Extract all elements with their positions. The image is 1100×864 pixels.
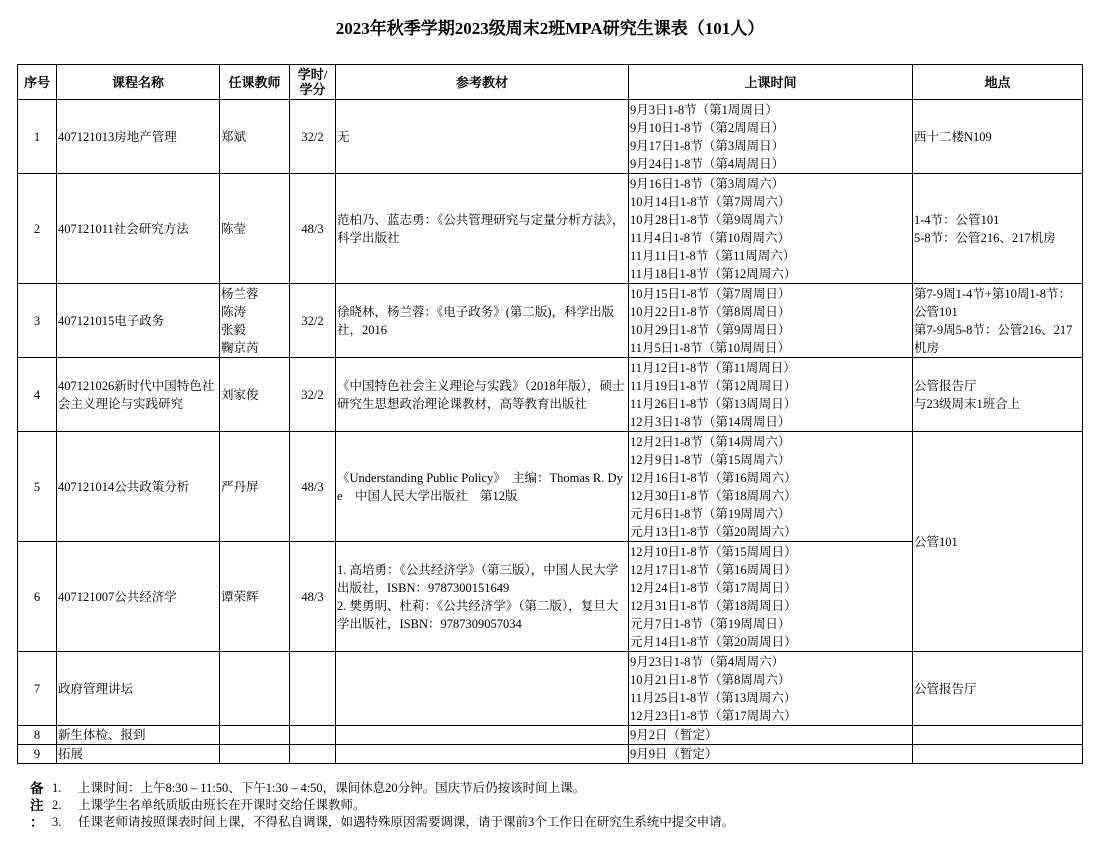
course-name: 407121014公共政策分析 (57, 432, 220, 542)
time-entry: 11月11日1-8节（第11周周六） (630, 247, 911, 265)
note-text: 上课学生名单纸质版由班长在开课时交给任课教师。 (78, 797, 366, 814)
page-title: 2023年秋季学期2023级周末2班MPA研究生课表（101人） (0, 14, 1100, 39)
table-row: 2 407121011社会研究方法 陈莹 48/3 范柏乃、蓝志勇：《公共管理研… (18, 174, 1083, 284)
table-row: 1 407121013房地产管理 郑斌 32/2 无 9月3日1-8节（第1周周… (18, 100, 1083, 174)
time-entry: 12月23日1-8节（第17周周六） (630, 707, 911, 725)
note-item: 注 2. 上课学生名单纸质版由班长在开课时交给任课教师。 (30, 797, 734, 814)
location: 1-4节：公管101 5-8节：公管216、217机房 (913, 174, 1083, 284)
time-entry: 11月18日1-8节（第12周周六） (630, 265, 911, 283)
location: 公管101 (913, 432, 1083, 652)
hours-credits (290, 726, 336, 745)
hours-credits: 48/3 (290, 542, 336, 652)
class-times: 10月15日1-8节（第7周周日） 10月22日1-8节（第8周周日） 10月2… (629, 284, 913, 358)
time-entry: 10月28日1-8节（第9周周六） (630, 211, 911, 229)
notes-section: 备 1. 上课时间：上午8:30 – 11:50、下午1:30 – 4:50，课… (30, 780, 734, 831)
note-text: 任课老师请按照课表时间上课，不得私自调课，如遇特殊原因需要调课，请于课前3个工作… (78, 814, 734, 831)
time-entry: 10月29日1-8节（第9周周日） (630, 321, 911, 339)
note-text: 上课时间：上午8:30 – 11:50、下午1:30 – 4:50，课间休息20… (78, 780, 585, 797)
location: 第7-9周1-4节+第10周1-8节：公管101 第7-9周5-8节：公管216… (913, 284, 1083, 358)
teacher: 谭荣辉 (220, 542, 290, 652)
time-entry: 元月14日1-8节（第20周周日） (630, 633, 911, 651)
hours-credits: 48/3 (290, 174, 336, 284)
location: 公管报告厅 (913, 652, 1083, 726)
row-no: 8 (18, 726, 57, 745)
row-no: 5 (18, 432, 57, 542)
time-entry: 11月25日1-8节（第13周周六） (630, 689, 911, 707)
teacher (220, 745, 290, 764)
time-entry: 9月17日1-8节（第3周周日） (630, 137, 911, 155)
location: 西十二楼N109 (913, 100, 1083, 174)
time-entry: 12月30日1-8节（第18周周六） (630, 487, 911, 505)
textbook: 徐晓林，杨兰蓉：《电子政务》(第二版)，科学出版社，2016 (336, 284, 629, 358)
teacher: 刘家俊 (220, 358, 290, 432)
class-times: 12月2日1-8节（第14周周六） 12月9日1-8节（第15周周六） 12月1… (629, 432, 913, 542)
row-no: 7 (18, 652, 57, 726)
table-row: 9 拓展 9月9日（暂定） (18, 745, 1083, 764)
time-entry: 元月13日1-8节（第20周周六） (630, 523, 911, 541)
time-entry: 9月3日1-8节（第1周周日） (630, 101, 911, 119)
header-time: 上课时间 (629, 65, 913, 100)
teacher: 严丹屏 (220, 432, 290, 542)
time-entry: 10月21日1-8节（第8周周六） (630, 671, 911, 689)
header-hours-credits: 学时/ 学分 (290, 65, 336, 100)
table-row: 4 407121026新时代中国特色社会主义理论与实践研究 刘家俊 32/2 《… (18, 358, 1083, 432)
course-name: 407121007公共经济学 (57, 542, 220, 652)
header-textbook: 参考教材 (336, 65, 629, 100)
location: 公管报告厅 与23级周末1班合上 (913, 358, 1083, 432)
schedule-table: 序号 课程名称 任课教师 学时/ 学分 参考教材 上课时间 地点 1 40712… (17, 64, 1083, 764)
time-entry: 9月23日1-8节（第4周周六） (630, 653, 911, 671)
row-no: 6 (18, 542, 57, 652)
location (913, 726, 1083, 745)
hours-credits: 48/3 (290, 432, 336, 542)
class-times: 9月2日（暂定） (629, 726, 913, 745)
textbook: 《中国特色社会主义理论与实践》（2018年版），硕士研究生思想政治理论课教材，高… (336, 358, 629, 432)
time-entry: 9月24日1-8节（第4周周日） (630, 155, 911, 173)
time-entry: 11月4日1-8节（第10周周六） (630, 229, 911, 247)
header-teacher: 任课教师 (220, 65, 290, 100)
teacher: 杨兰蓉 陈涛 张毅 鞠京芮 (220, 284, 290, 358)
row-no: 2 (18, 174, 57, 284)
class-times: 9月23日1-8节（第4周周六） 10月21日1-8节（第8周周六） 11月25… (629, 652, 913, 726)
teacher (220, 652, 290, 726)
course-name: 新生体检、报到 (57, 726, 220, 745)
notes-label: 注 (30, 797, 52, 814)
class-times: 11月12日1-8节（第11周周日） 11月19日1-8节（第12周周日） 11… (629, 358, 913, 432)
time-entry: 11月19日1-8节（第12周周日） (630, 377, 911, 395)
class-times: 12月10日1-8节（第15周周日） 12月17日1-8节（第16周周日） 12… (629, 542, 913, 652)
location (913, 745, 1083, 764)
textbook (336, 745, 629, 764)
row-no: 9 (18, 745, 57, 764)
time-entry: 11月12日1-8节（第11周周日） (630, 359, 911, 377)
textbook (336, 726, 629, 745)
note-item: ： 3. 任课老师请按照课表时间上课，不得私自调课，如遇特殊原因需要调课，请于课… (30, 814, 734, 831)
time-entry: 10月15日1-8节（第7周周日） (630, 285, 911, 303)
table-row: 8 新生体检、报到 9月2日（暂定） (18, 726, 1083, 745)
time-entry: 10月22日1-8节（第8周周日） (630, 303, 911, 321)
time-entry: 12月17日1-8节（第16周周日） (630, 561, 911, 579)
time-entry: 11月26日1-8节（第13周周日） (630, 395, 911, 413)
course-name: 拓展 (57, 745, 220, 764)
header-location: 地点 (913, 65, 1083, 100)
textbook: 1. 高培勇：《公共经济学》（第三版），中国人民大学出版社，ISBN：97873… (336, 542, 629, 652)
teacher: 陈莹 (220, 174, 290, 284)
time-entry: 9月9日（暂定） (630, 745, 911, 763)
row-no: 3 (18, 284, 57, 358)
hours-credits (290, 745, 336, 764)
time-entry: 12月2日1-8节（第14周周六） (630, 433, 911, 451)
class-times: 9月16日1-8节（第3周周六） 10月14日1-8节（第7周周六） 10月28… (629, 174, 913, 284)
row-no: 4 (18, 358, 57, 432)
time-entry: 12月24日1-8节（第17周周日） (630, 579, 911, 597)
time-entry: 12月16日1-8节（第16周周六） (630, 469, 911, 487)
textbook: 范柏乃、蓝志勇：《公共管理研究与定量分析方法》，科学出版社 (336, 174, 629, 284)
header-course: 课程名称 (57, 65, 220, 100)
time-entry: 12月10日1-8节（第15周周日） (630, 543, 911, 561)
time-entry: 12月3日1-8节（第14周周日） (630, 413, 911, 431)
course-name: 407121026新时代中国特色社会主义理论与实践研究 (57, 358, 220, 432)
hours-credits: 32/2 (290, 100, 336, 174)
course-name: 407121015电子政务 (57, 284, 220, 358)
time-entry: 9月2日（暂定） (630, 726, 911, 744)
time-entry: 10月14日1-8节（第7周周六） (630, 193, 911, 211)
course-name: 407121013房地产管理 (57, 100, 220, 174)
course-name: 政府管理讲坛 (57, 652, 220, 726)
table-header-row: 序号 课程名称 任课教师 学时/ 学分 参考教材 上课时间 地点 (18, 65, 1083, 100)
header-no: 序号 (18, 65, 57, 100)
time-entry: 12月31日1-8节（第18周周日） (630, 597, 911, 615)
hours-credits: 32/2 (290, 284, 336, 358)
textbook (336, 652, 629, 726)
class-times: 9月9日（暂定） (629, 745, 913, 764)
row-no: 1 (18, 100, 57, 174)
time-entry: 9月16日1-8节（第3周周六） (630, 175, 911, 193)
textbook: 无 (336, 100, 629, 174)
class-times: 9月3日1-8节（第1周周日） 9月10日1-8节（第2周周日） 9月17日1-… (629, 100, 913, 174)
notes-label: 备 (30, 780, 52, 797)
note-item: 备 1. 上课时间：上午8:30 – 11:50、下午1:30 – 4:50，课… (30, 780, 734, 797)
textbook: 《Understanding Public Policy》 主编：Thomas … (336, 432, 629, 542)
hours-credits (290, 652, 336, 726)
time-entry: 元月7日1-8节（第19周周日） (630, 615, 911, 633)
time-entry: 元月6日1-8节（第19周周六） (630, 505, 911, 523)
course-name: 407121011社会研究方法 (57, 174, 220, 284)
time-entry: 11月5日1-8节（第10周周日） (630, 339, 911, 357)
time-entry: 12月9日1-8节（第15周周六） (630, 451, 911, 469)
teacher: 郑斌 (220, 100, 290, 174)
hours-credits: 32/2 (290, 358, 336, 432)
table-row: 3 407121015电子政务 杨兰蓉 陈涛 张毅 鞠京芮 32/2 徐晓林，杨… (18, 284, 1083, 358)
time-entry: 9月10日1-8节（第2周周日） (630, 119, 911, 137)
notes-label: ： (30, 814, 52, 831)
table-row: 7 政府管理讲坛 9月23日1-8节（第4周周六） 10月21日1-8节（第8周… (18, 652, 1083, 726)
table-row: 5 407121014公共政策分析 严丹屏 48/3 《Understandin… (18, 432, 1083, 542)
teacher (220, 726, 290, 745)
